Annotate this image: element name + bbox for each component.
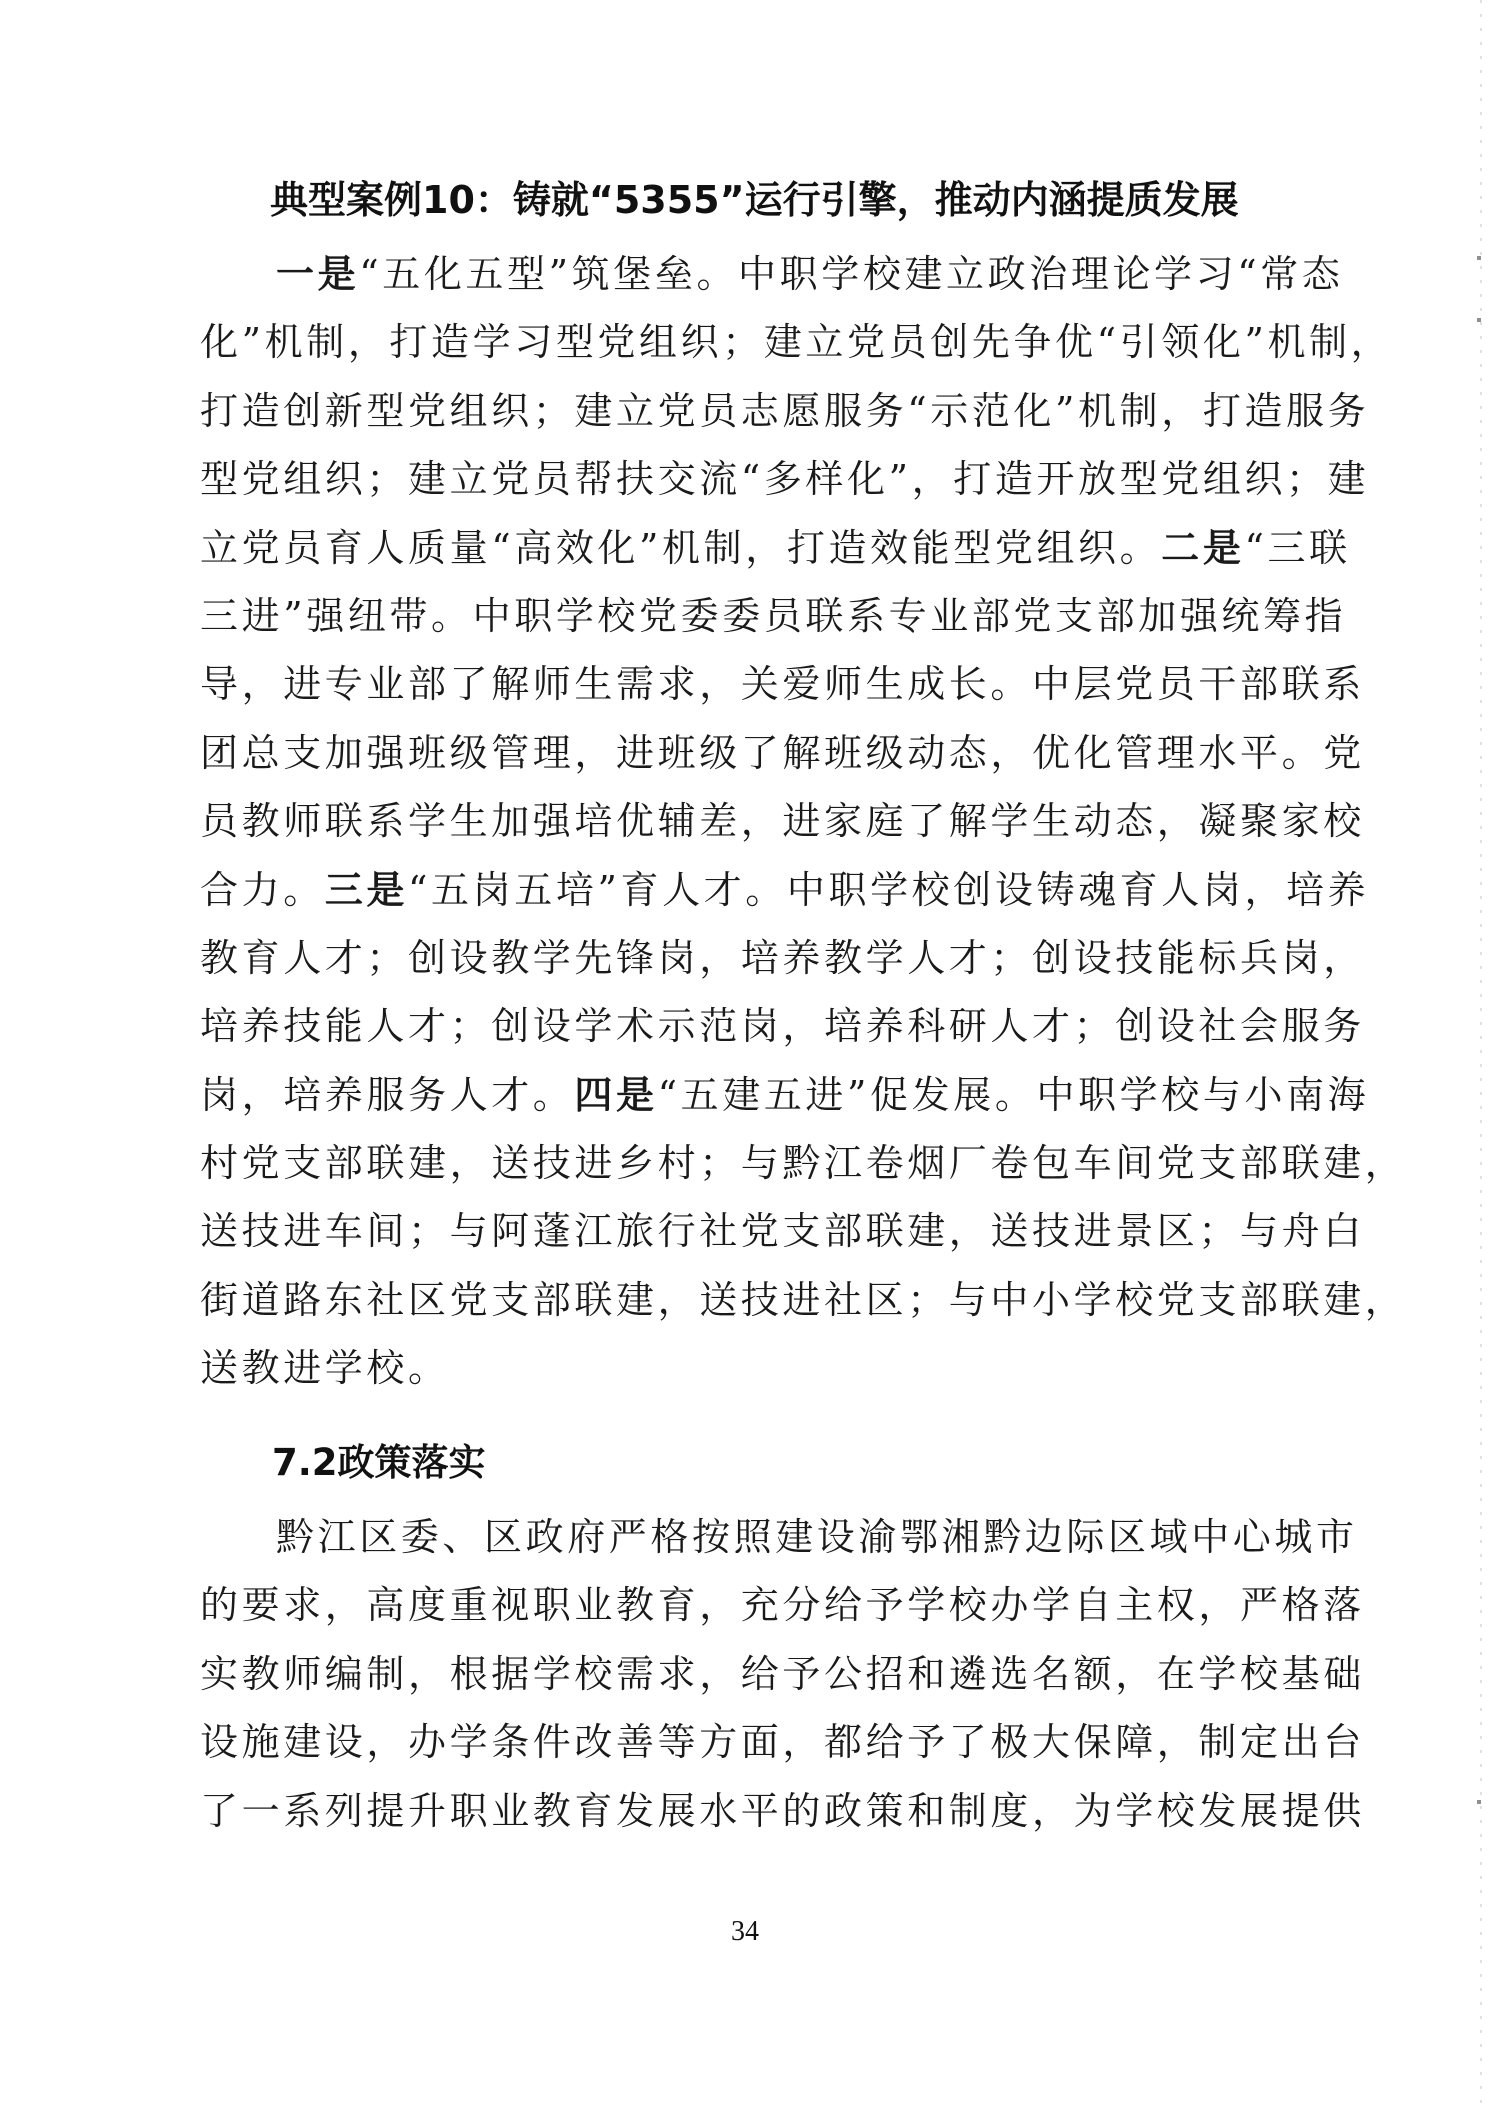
- text-line: 送教进学校。: [200, 1334, 1290, 1402]
- case-title: 典型案例10：铸就“5355”运行引擎，推动内涵提质发展: [270, 170, 1270, 230]
- line-text: “三联: [1244, 526, 1350, 570]
- line-text: 合力。: [200, 868, 325, 912]
- section-heading: 7.2政策落实: [272, 1433, 486, 1493]
- text-line: 化”机制，打造学习型党组织；建立党员创先争优“引领化”机制，: [200, 308, 1290, 376]
- bold-lead: 三是: [325, 868, 408, 912]
- bold-lead: 二是: [1161, 526, 1244, 570]
- text-line: 导，进专业部了解师生需求，关爱师生成长。中层党员干部联系: [200, 650, 1290, 718]
- text-line: 街道路东社区党支部联建，送技进社区；与中小学校党支部联建，: [200, 1266, 1290, 1334]
- page-number: 34: [0, 1912, 1490, 1952]
- text-line: 型党组织；建立党员帮扶交流“多样化”，打造开放型党组织；建: [200, 445, 1290, 513]
- text-line: 教育人才；创设教学先锋岗，培养教学人才；创设技能标兵岗，: [200, 924, 1290, 992]
- bold-lead: 四是: [574, 1073, 657, 1117]
- text-line: 立党员育人质量“高效化”机制，打造效能型党组织。二是“三联: [200, 514, 1290, 582]
- text-line: 设施建设，办学条件改善等方面，都给予了极大保障，制定出台: [200, 1708, 1290, 1776]
- line-text: “五化五型”筑堡垒。中职学校建立政治理论学习“常态: [359, 252, 1343, 296]
- scan-mark: [1477, 1800, 1481, 1804]
- text-line: 送技进车间；与阿蓬江旅行社党支部联建，送技进景区；与舟白: [200, 1197, 1290, 1265]
- text-line: 团总支加强班级管理，进班级了解班级动态，优化管理水平。党: [200, 719, 1290, 787]
- text-line: 黔江区委、区政府严格按照建设渝鄂湘黔边际区域中心城市: [200, 1503, 1290, 1571]
- text-line: 三进”强纽带。中职学校党委委员联系专业部党支部加强统筹指: [200, 582, 1290, 650]
- text-line: 一是“五化五型”筑堡垒。中职学校建立政治理论学习“常态: [200, 240, 1290, 308]
- text-line: 了一系列提升职业教育发展水平的政策和制度，为学校发展提供: [200, 1777, 1290, 1845]
- document-page: 典型案例10：铸就“5355”运行引擎，推动内涵提质发展 一是“五化五型”筑堡垒…: [0, 0, 1490, 2104]
- text-line: 培养技能人才；创设学术示范岗，培养科研人才；创设社会服务: [200, 992, 1290, 1060]
- line-text: 岗，培养服务人才。: [200, 1073, 574, 1117]
- text-line: 打造创新型党组织；建立党员志愿服务“示范化”机制，打造服务: [200, 377, 1290, 445]
- text-line: 岗，培养服务人才。四是“五建五进”促发展。中职学校与小南海: [200, 1061, 1290, 1129]
- text-line: 的要求，高度重视职业教育，充分给予学校办学自主权，严格落: [200, 1571, 1290, 1639]
- paragraph-five-transformations: 一是“五化五型”筑堡垒。中职学校建立政治理论学习“常态 化”机制，打造学习型党组…: [200, 240, 1290, 1403]
- scan-mark: [1477, 256, 1481, 260]
- text-line: 合力。三是“五岗五培”育人才。中职学校创设铸魂育人岗，培养: [200, 856, 1290, 924]
- text-line: 村党支部联建，送技进乡村；与黔江卷烟厂卷包车间党支部联建，: [200, 1129, 1290, 1197]
- paragraph-policy-implementation: 黔江区委、区政府严格按照建设渝鄂湘黔边际区域中心城市 的要求，高度重视职业教育，…: [200, 1503, 1290, 1845]
- line-text: “五岗五培”育人才。中职学校创设铸魂育人岗，培养: [408, 868, 1369, 912]
- text-line: 员教师联系学生加强培优辅差，进家庭了解学生动态，凝聚家校: [200, 787, 1290, 855]
- scan-edge-artifact: [1480, 0, 1482, 2104]
- text-line: 实教师编制，根据学校需求，给予公招和遴选名额，在学校基础: [200, 1640, 1290, 1708]
- bold-lead: 一是: [276, 252, 359, 296]
- line-text: “五建五进”促发展。中职学校与小南海: [658, 1073, 1370, 1117]
- line-text: 立党员育人质量“高效化”机制，打造效能型党组织。: [200, 526, 1161, 570]
- scan-mark: [1477, 318, 1481, 322]
